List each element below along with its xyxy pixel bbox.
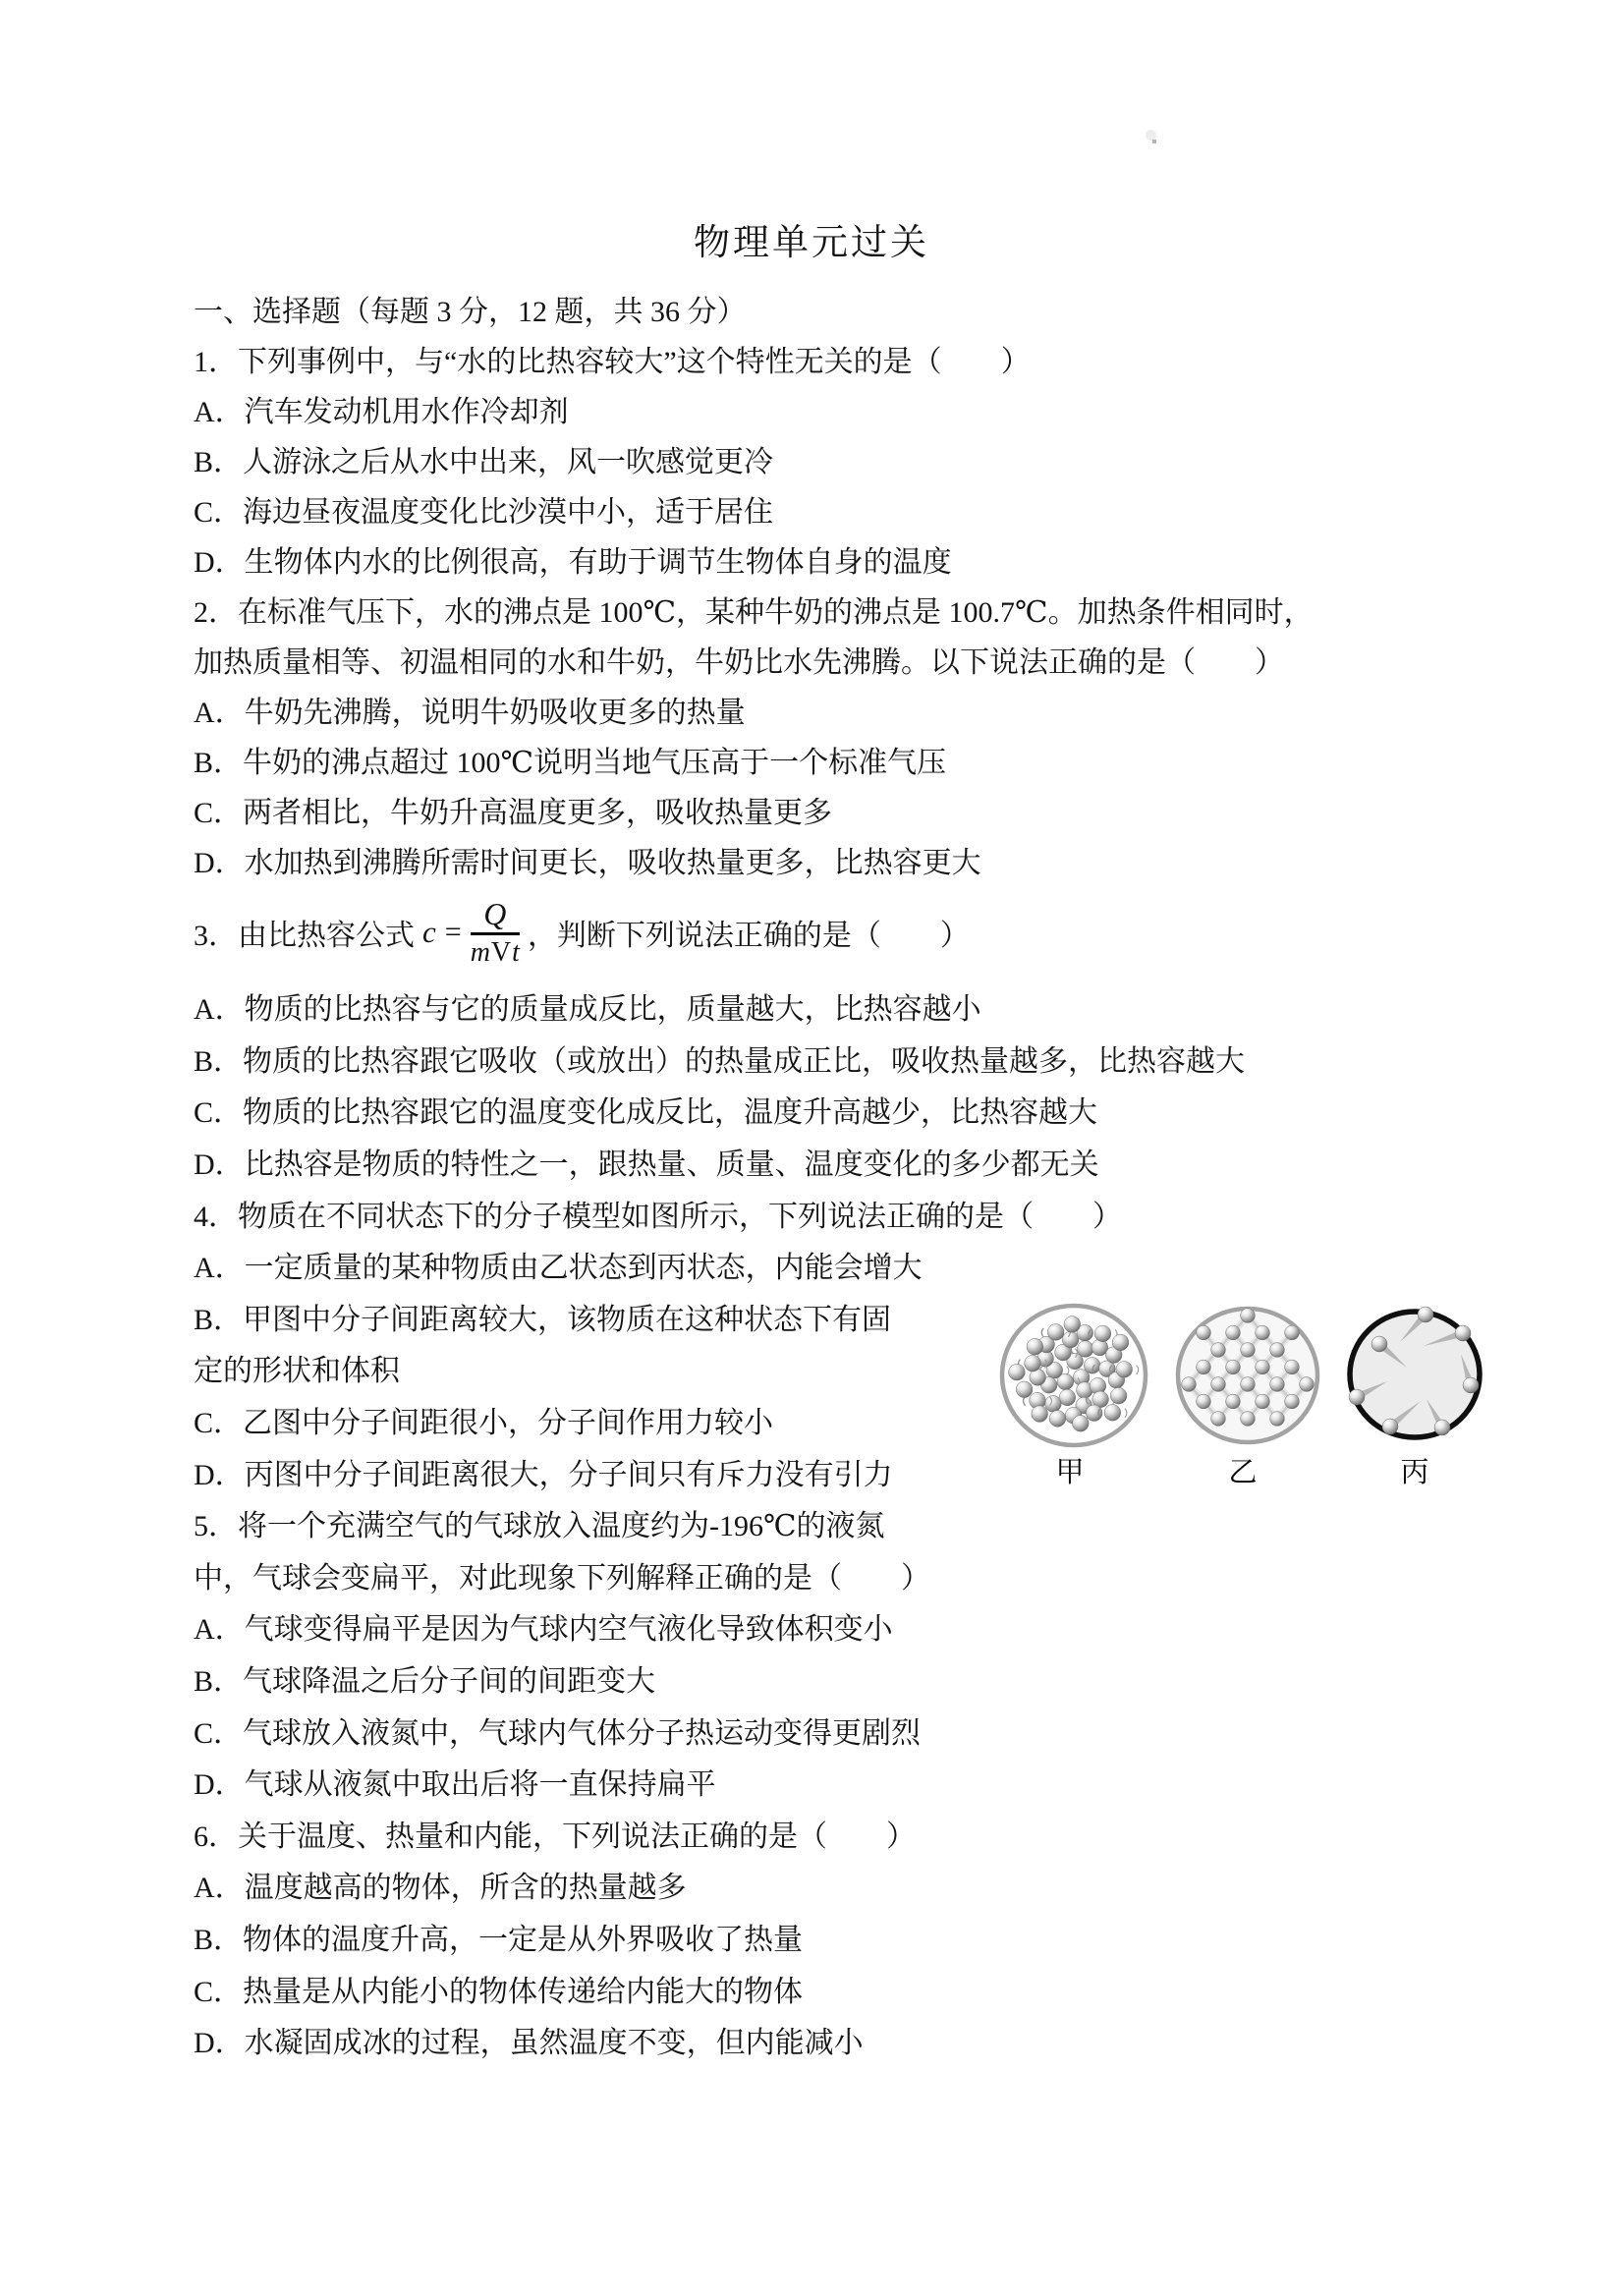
question-1-option-b: B．人游泳之后从水中出来，风一吹感觉更冷 (194, 433, 1461, 483)
question-6-stem: 6．关于温度、热量和内能，下列说法正确的是（ ） (194, 1808, 1461, 1860)
question-5-option-c: C．气球放入液氮中，气球内气体分子热运动变得更剧烈 (194, 1704, 1461, 1756)
question-1-option-c: C．海边昼夜温度变化比沙漠中小，适于居住 (194, 483, 1461, 533)
question-3-option-c: C．物质的比热容跟它的温度变化成反比，温度升高越少，比热容越大 (194, 1084, 1461, 1136)
question-2-stem-line2: 加热质量相等、初温相同的水和牛奶，牛奶比水先沸腾。以下说法正确的是（ ） (194, 634, 1461, 684)
question-5-option-b: B．气球降温之后分子间的间距变大 (194, 1652, 1461, 1705)
question-3-option-a: A．物质的比热容与它的质量成反比，质量越大，比热容越小 (194, 980, 1461, 1033)
question-6-option-d: D．水凝固成冰的过程，虽然温度不变，但内能减小 (194, 2014, 1461, 2066)
fraction-bar (471, 932, 520, 935)
question-1-option-a: A．汽车发动机用水作冷却剂 (194, 383, 1461, 433)
formula-symbol-c: c (422, 915, 436, 950)
question-2-option-d: D．水加热到沸腾所需时间更长，吸收热量更多，比热容更大 (194, 834, 1461, 884)
question-5-option-a: A．气球变得扁平是因为气球内空气液化导致体积变小 (194, 1600, 1461, 1652)
page-title: 物理单元过关 (0, 212, 1623, 265)
question-5-option-d: D．气球从液氮中取出后将一直保持扁平 (194, 1756, 1461, 1808)
exam-document-page: 物理单元过关 一、选择题（每题 3 分，12 题，共 36 分） 1．下列事例中… (0, 0, 1623, 2296)
question-4-option-a: A．一定质量的某种物质由乙状态到丙状态，内能会增大 (194, 1239, 1461, 1291)
question-1-option-d: D．生物体内水的比例很高，有助于调节生物体自身的温度 (194, 533, 1461, 584)
section-1-block: 一、选择题（每题 3 分，12 题，共 36 分） 1．下列事例中，与“水的比热… (194, 283, 1461, 884)
scan-artifact-speck (1152, 140, 1156, 143)
label-yi: 乙 (1228, 1457, 1257, 1488)
question-2-option-a: A．牛奶先沸腾，说明牛奶吸收更多的热量 (194, 684, 1461, 734)
question-3-stem-suffix: ，判断下列说法正确的是（ ） (528, 911, 970, 954)
question-5-stem-line2: 中，气球会变扁平，对此现象下列解释正确的是（ ） (194, 1549, 1461, 1601)
question-2-stem-line1: 2．在标准气压下，水的沸点是 100℃，某种牛奶的沸点是 100.7℃。加热条件… (194, 584, 1461, 634)
question-3-stem-prefix: 3．由比热容公式 (194, 911, 415, 954)
specific-heat-formula: c = Q mVt (422, 898, 520, 967)
section-1-block-lower: A．物质的比热容与它的质量成反比，质量越大，比热容越小 B．物质的比热容跟它吸收… (194, 980, 1461, 2065)
question-4-stem: 4．物质在不同状态下的分子模型如图所示，下列说法正确的是（ ） (194, 1187, 1461, 1239)
question-3-option-b: B．物质的比热容跟它吸收（或放出）的热量成正比，吸收热量越多，比热容越大 (194, 1033, 1461, 1085)
molecule-models-figure: 甲 乙 丙 (982, 1287, 1513, 1518)
question-3-option-d: D．比热容是物质的特性之一，跟热量、质量、温度变化的多少都无关 (194, 1136, 1461, 1188)
label-jia: 甲 (1055, 1457, 1084, 1488)
formula-equals-sign: = (445, 916, 462, 949)
label-bing: 丙 (1400, 1457, 1428, 1488)
formula-numerator: Q (472, 898, 518, 929)
question-6-option-a: A．温度越高的物体，所含的热量越多 (194, 1859, 1461, 1911)
exam-body: 一、选择题（每题 3 分，12 题，共 36 分） 1．下列事例中，与“水的比热… (194, 283, 1461, 2065)
question-6-option-b: B．物体的温度升高，一定是从外界吸收了热量 (194, 1911, 1461, 1963)
question-2-option-b: B．牛奶的沸点超过 100℃说明当地气压高于一个标准气压 (194, 734, 1461, 784)
question-3-stem: 3．由比热容公式 c = Q mVt ，判断下列说法正确的是（ ） (194, 884, 1461, 980)
question-2-option-c: C．两者相比，牛奶升高温度更多，吸收热量更多 (194, 784, 1461, 834)
formula-fraction: Q mVt (471, 898, 520, 967)
formula-denominator: mVt (471, 939, 520, 967)
question-1-stem: 1．下列事例中，与“水的比热容较大”这个特性无关的是（ ） (194, 333, 1461, 383)
question-6-option-c: C．热量是从内能小的物体传递给内能大的物体 (194, 1962, 1461, 2014)
section-heading: 一、选择题（每题 3 分，12 题，共 36 分） (194, 283, 1461, 333)
